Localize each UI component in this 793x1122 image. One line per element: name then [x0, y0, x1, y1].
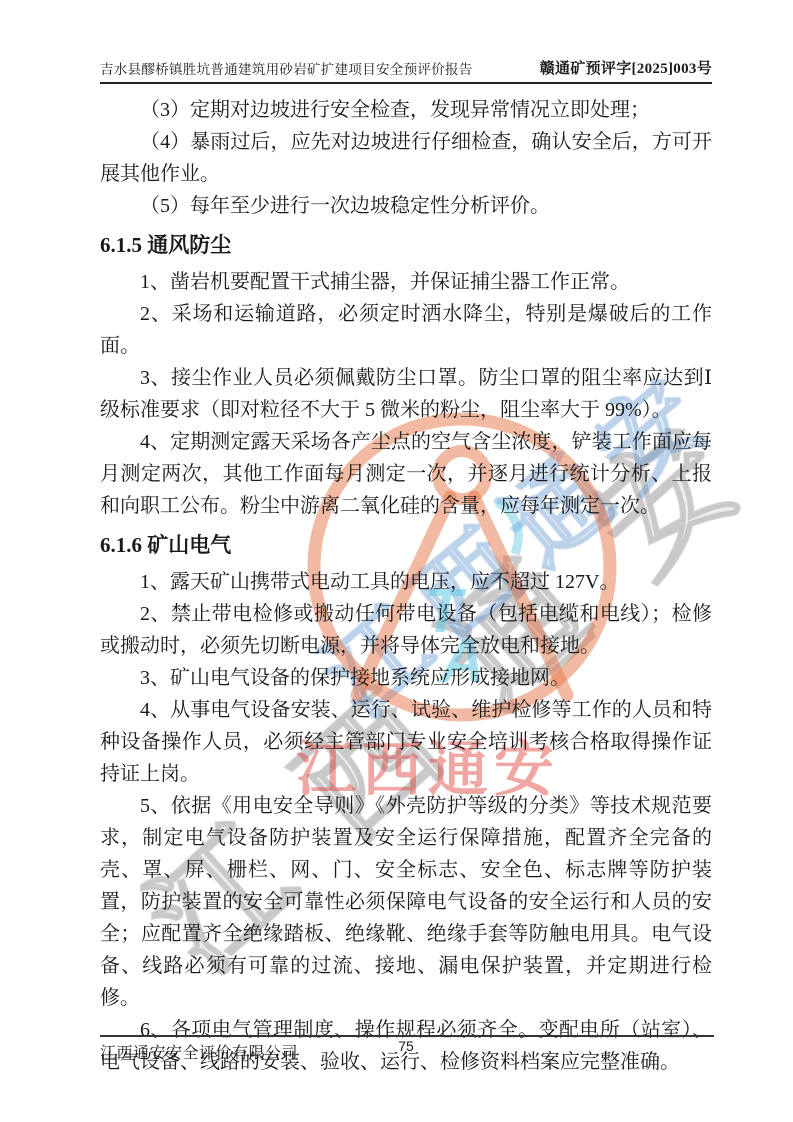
- paragraph: 2、采场和运输道路，必须定时洒水降尘，特别是爆破后的工作面。: [100, 298, 712, 362]
- paragraph: 5、依据《用电安全导则》《外壳防护等级的分类》等技术规范要求，制定电气设备防护装…: [100, 790, 712, 1014]
- paragraph: （5）每年至少进行一次边坡稳定性分析评价。: [100, 190, 712, 222]
- paragraph: 1、露天矿山携带式电动工具的电压，应不超过 127V。: [100, 566, 712, 598]
- paragraph: 3、矿山电气设备的保护接地系统应形成接地网。: [100, 662, 712, 694]
- header-report-title: 吉水县醪桥镇胜坑普通建筑用砂岩矿扩建项目安全预评价报告: [100, 58, 473, 78]
- page-header: 吉水县醪桥镇胜坑普通建筑用砂岩矿扩建项目安全预评价报告 赣通矿预评字[2025]…: [100, 52, 712, 84]
- paragraph: 2、禁止带电检修或搬动任何带电设备（包括电缆和电线）；检修或搬动时，必须先切断电…: [100, 598, 712, 662]
- footer-page-number: 75: [100, 1038, 712, 1054]
- section-heading: 6.1.5 通风防尘: [100, 229, 712, 261]
- section-heading: 6.1.6 矿山电气: [100, 529, 712, 561]
- report-page: 吉水县醪桥镇胜坑普通建筑用砂岩矿扩建项目安全预评价报告 赣通矿预评字[2025]…: [0, 0, 793, 1122]
- header-doc-number: 赣通矿预评字[2025]003号: [540, 57, 712, 78]
- paragraph: （4）暴雨过后，应先对边坡进行仔细检查，确认安全后，方可开展其他作业。: [100, 126, 712, 190]
- paragraph: 3、接尘作业人员必须佩戴防尘口罩。防尘口罩的阻尘率应达到Ⅰ级标准要求（即对粒径不…: [100, 362, 712, 426]
- paragraph: （3）定期对边坡进行安全检查，发现异常情况立即处理；: [100, 94, 712, 126]
- paragraph: 4、从事电气设备安装、运行、试验、维护检修等工作的人员和特种设备操作人员，必须经…: [100, 694, 712, 790]
- document-body: （3）定期对边坡进行安全检查，发现异常情况立即处理；（4）暴雨过后，应先对边坡进…: [100, 94, 712, 1078]
- footer-divider: [100, 1035, 714, 1037]
- paragraph: 1、凿岩机要配置干式捕尘器，并保证捕尘器工作正常。: [100, 266, 712, 298]
- paragraph: 4、定期测定露天采场各产尘点的空气含尘浓度，铲装工作面应每月测定两次，其他工作面…: [100, 426, 712, 522]
